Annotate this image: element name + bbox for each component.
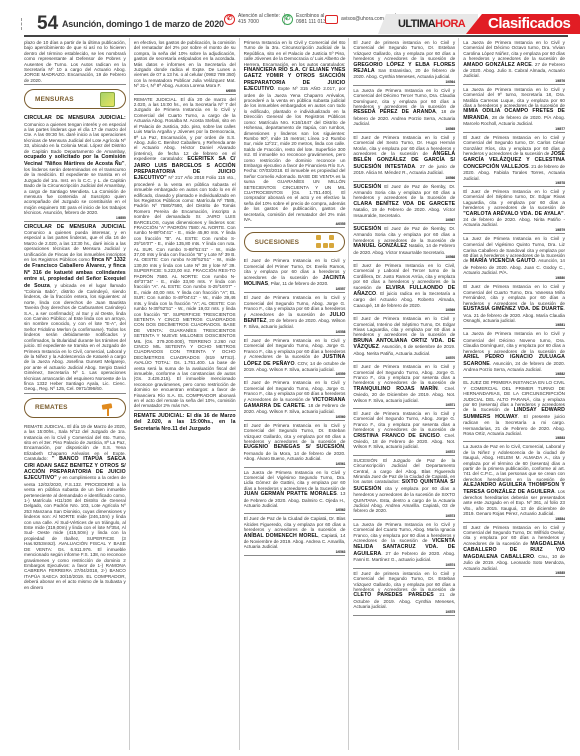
column-4: El Juez de primera instancia en lo Civil… <box>353 38 459 750</box>
notice: La Jueza de Paz en lo Civil, Comercial, … <box>463 442 565 522</box>
notice-highlight: ANÍBAL DOMENECH MOREL <box>244 533 319 539</box>
notice-code: 1/6585 <box>463 571 565 575</box>
header-rule <box>24 35 568 37</box>
section-label: REMATES <box>35 404 68 411</box>
section-title: Clasificados <box>488 15 570 32</box>
notice-code: 1/6573 <box>353 514 455 518</box>
mail-icon <box>325 15 338 24</box>
notice-text: Natalio, 19 de Febrero de 2020. Abog. Ví… <box>353 207 455 217</box>
edition-date: Asunción, domingo 1 de marzo de 2020 <box>62 19 224 29</box>
contact-value: 0981 111 013 <box>296 19 326 25</box>
brand-banner: ULTIMAHORA Clasificados <box>378 14 580 34</box>
notice-text: . Expte Nº 315 AÑO 2.017, por orden de l… <box>244 86 346 222</box>
notice-text: El Juez de primera instancia en lo Civil… <box>353 40 455 61</box>
section-header-mensuras: MENSURAS <box>24 89 126 109</box>
notice-code: 1/6570 <box>353 356 455 360</box>
notice: SUCESIÓN El Juez de Paz de Ñemby, Dr. Ar… <box>353 224 455 261</box>
notice: SUCESIÓN El Juez de Paz de Ñemby, Dr. Ar… <box>353 182 455 224</box>
notice: La Jueza de Primera Instancia en lo Civi… <box>353 86 455 133</box>
notice-code: 1/6580 <box>463 276 565 280</box>
notice-code: 1/6558 <box>244 330 346 334</box>
notice: El Juez de Primera Instancia en lo Civil… <box>244 256 346 293</box>
family-tree-icon <box>316 235 334 250</box>
page-header: 54 Asunción, domingo 1 de marzo de 2020 … <box>0 0 580 34</box>
column-1: plazo de 10 días a partir de la última p… <box>24 38 130 750</box>
notice-text: Nº 217 Año 2018 Folio 115 vto., proceder… <box>134 175 236 408</box>
notice: El Juez de Primera Instancia en lo Civil… <box>463 282 565 330</box>
notice-text: y en cumplimiento a la orden de venta 12… <box>24 475 126 589</box>
notice-code: 1/6561 <box>244 462 346 466</box>
fold-mark <box>21 18 22 30</box>
notice-code: 1/6568 <box>353 255 455 259</box>
notice-text: El Juez de Primera Instancia en lo Civil… <box>244 423 346 444</box>
logo-ultima: ULTIMA <box>398 18 435 30</box>
notice: El Juez de Primera Instancia en lo Civil… <box>244 336 346 378</box>
notice-highlight: ocupado y solicitado por la Comisión Vec… <box>24 154 126 166</box>
notice-highlight: EUGENIO BENEGAS S/ SUCESIÓN <box>244 444 345 450</box>
notice-text: La Jueza de Primera Instancia en lo Civi… <box>244 470 346 491</box>
page-number: 54 <box>37 13 58 35</box>
section-label: MENSURAS <box>35 96 74 103</box>
notice-text: La Jueza de Primera Instancia en lo Civi… <box>463 87 565 108</box>
notice-lead: SUCESIÓN <box>353 184 381 190</box>
notice: CIRCULAR DE MENSURA JUDICIAL: Comunico a… <box>24 113 126 221</box>
notice: Primera Instancia en lo Civil y Comercia… <box>244 38 346 228</box>
notice-code: 1/6582 <box>463 372 565 376</box>
notice-code: 1/6575 <box>353 610 455 614</box>
section-banner: Clasificados <box>466 14 580 34</box>
notice-code: 1/6562 <box>244 508 346 512</box>
notice-text: , los linderos serán determinados en el … <box>24 161 126 216</box>
notice-text: El Juez de Primera Instancia en lo Civil… <box>463 135 565 156</box>
notice-text: La Jueza de Primera Instancia en lo Civi… <box>463 40 565 61</box>
notice-code: 1/6579 <box>463 228 565 232</box>
notice: El Juez de Primera Instancia en lo Civil… <box>463 187 565 234</box>
notice: EL JUEZ DE PRIMERA INSTANCIA EN LO CIVIL… <box>463 378 565 442</box>
notice-text: El Juez de Primera Instancia en lo Civil… <box>463 284 565 306</box>
notice-code: 4/6555 <box>244 222 346 226</box>
notice-code: 1/6557 <box>244 287 346 291</box>
column-2: en efectivo, los gastos de publicación, … <box>134 38 240 750</box>
notice-text: El Juez de Primera Instancia en lo Civil… <box>353 411 455 432</box>
notice: La Juez de Primera Instancia en lo Civil… <box>463 234 565 282</box>
notice-text: La Jueza de Primera Instancia en lo Civi… <box>353 88 455 109</box>
notice: El Juez de Primera Instancia en lo Civil… <box>244 421 346 468</box>
column-5: La Jueza de Primera Instancia en lo Civi… <box>463 38 568 750</box>
notice: El Juez de Paz de la Ciudad de Capiatá, … <box>244 514 346 555</box>
notice: El Juez de Primera Instancia en lo Civil… <box>463 133 565 187</box>
notice-highlight: MANUEL GONZÁLEZ <box>353 243 407 249</box>
notice-code: 1/6572 <box>353 450 455 454</box>
notice: El Juez de Primera Instancia en lo Civil… <box>353 314 455 362</box>
notice-code: 1/6581 <box>463 323 565 327</box>
notice-text: El Juez de Primera Instancia en lo Civil… <box>353 364 455 385</box>
notice-highlight: RESEDÁ PÉREZ DE ARANDA <box>353 109 436 115</box>
notice: La Jueza de Primera Instancia en lo Civi… <box>353 520 455 569</box>
column-3: Primera Instancia en lo Civil y Comercia… <box>244 38 350 750</box>
whatsapp-icon: ✆ <box>282 14 293 25</box>
notice-text: , y ubicada en el lugar llamado "Colonia… <box>24 283 126 392</box>
notice: REMATE JUDICIAL. El día 20 de marzo del … <box>134 95 236 411</box>
notice-highlight: MARÍA VICENCIA GAUTO <box>470 258 536 264</box>
whatsapp-contact: ✆ Escribinos al0981 111 013 <box>282 13 326 25</box>
notice-code: 1/6566 <box>353 176 455 180</box>
notice-code: 1/6559 <box>244 372 346 376</box>
newspaper-logo: ULTIMAHORA <box>398 18 465 30</box>
notice-text: El Juez de Primera Instancia en lo Civil… <box>463 189 565 210</box>
notice: El Juez de Primera Instancia en lo Civil… <box>244 378 346 420</box>
notice: El Juez de primera instancia en lo Civil… <box>353 38 455 86</box>
notice: La Jueza de Primera Instancia en lo Civi… <box>463 329 565 378</box>
notice: El Juez de Primera Instancia en lo Civil… <box>353 362 455 409</box>
notice-highlight: ALEJANDRO AGUILERA THOMPSON Y TERESA GON… <box>463 482 565 494</box>
notice: El Juez de Primera Instancia en lo Civil… <box>353 261 455 314</box>
notice: La Jueza de Primera Instancia en lo Civi… <box>463 38 565 85</box>
notice-highlight: AMADO GONZÁLEZ ARCE <box>463 62 532 68</box>
notice-code: 1/6560 <box>244 415 346 419</box>
notice-lead: CIRCULAR DE MENSURA JUDICIAL <box>24 224 126 230</box>
notice-code: 1/6563 <box>244 550 346 554</box>
notice-text: La Jueza de Primera Instancia en lo Civi… <box>463 331 565 353</box>
notice: CIRCULAR DE MENSURA JUDICIAL Comunico a … <box>24 222 126 394</box>
notice-highlight: "CARLOTA ARÉVALO VDA. DE AYALA" <box>463 211 564 217</box>
customer-service-contact: ✆ Atención al cliente:415 7000 <box>224 13 285 25</box>
notice-text: plazo de 10 días a partir de la última p… <box>24 40 126 83</box>
gavel-icon <box>100 401 115 416</box>
notice-text: , Pilar, 11 de febrero de 2020. <box>268 281 328 286</box>
notice-code: 1/6571 <box>353 403 455 407</box>
map-icon <box>100 92 115 107</box>
notice-code: 1/6567 <box>353 218 455 222</box>
notice-code: 1/6578 <box>463 181 565 185</box>
notice: El Juez de Primera Instancia en lo Civil… <box>353 409 455 456</box>
notice-lead: CIRCULAR DE MENSURA JUDICIAL: <box>24 115 126 121</box>
notice-highlight: REMATE JUDICIAL: El día 16 de Marzo del … <box>134 413 236 432</box>
notice-lead: SUCESIÓN <box>353 226 381 232</box>
notice-text: El Juez de Primera Instancia en lo Civil… <box>353 316 455 337</box>
notice: REMATE JUDICIAL. El día 19 de Marzo de 2… <box>24 422 126 591</box>
notice-code: 1/6564 <box>353 80 455 84</box>
notice-text: Primera Instancia en lo Civil y Comercia… <box>244 40 346 67</box>
notice: El Juez de Primera Instancia en lo Civil… <box>463 523 565 577</box>
notice: La Jueza de Primera Instancia en lo Civi… <box>244 468 346 515</box>
notice-code: 1/6584 <box>463 517 565 521</box>
notice-highlight: TRANQUILINO ROJAS MARÍN <box>353 386 437 392</box>
notice-highlight: CLETO PAREDES PAREDES <box>353 592 433 598</box>
notice-highlight: EUSTASIA GIMÉNEZ VDA. DE DUARTE <box>463 306 564 312</box>
notice: en efectivo, los gastos de publicación, … <box>134 38 236 95</box>
notice-code: 1/6577 <box>463 127 565 131</box>
notice-code: 1/6574 <box>353 563 455 567</box>
notice-highlight: JUAN GERMAN PRATTE MORALES <box>244 491 337 497</box>
notice-text: Comunico a quienes tengan interés y en e… <box>24 122 126 154</box>
notice: SUCESIÓN El Juzgado de Paz de la Circuns… <box>353 456 455 520</box>
phone-icon: ✆ <box>224 14 235 25</box>
notice: plazo de 10 días a partir de la última p… <box>24 38 126 85</box>
section-header-sucesiones: SUCESIONES <box>244 232 346 252</box>
logo-hora: HORA <box>435 18 465 30</box>
notice-code: 1/6569 <box>353 308 455 312</box>
classifieds-columns: plazo de 10 días a partir de la última p… <box>24 38 568 750</box>
notice: El Juez de Primera Instancia en lo Civil… <box>353 133 455 182</box>
notice-highlight: CLARA BENÍTEZ VDA DE GARCETE <box>353 201 455 207</box>
contact-value: 415 7000 <box>238 19 259 25</box>
notice-code: 1/6565 <box>353 127 455 131</box>
notice: REMATE JUDICIAL: El día 16 de Marzo del … <box>134 411 236 433</box>
notice-code: 1/6555 <box>24 216 126 220</box>
notice-text: en efectivo, los gastos de publicación, … <box>134 40 236 88</box>
notice: La Jueza de Primera Instancia en lo Civi… <box>463 85 565 133</box>
notice-code: 1/6576 <box>463 79 565 83</box>
notice-text: REMATE JUDICIAL. El día 20 de marzo del … <box>134 97 236 161</box>
notice: El Juez de primera instancia en lo Civil… <box>353 569 455 616</box>
section-header-remates: REMATES <box>24 398 126 418</box>
notice-code: 6/6555 <box>134 89 236 93</box>
notice-highlight: CRISTINA FRANCO DE ENCISO <box>353 433 439 439</box>
section-label: SUCESIONES <box>255 239 300 246</box>
notice-text: El Juez de Paz de la Ciudad de Capiatá, … <box>244 516 346 532</box>
notice: El Juez de Primera Instancia en lo Civil… <box>244 293 346 335</box>
notice-text: El Juez de primera instancia en lo Civil… <box>353 571 455 592</box>
notice-text: La Jueza de Paz en lo Civil, Comercial, … <box>463 444 565 481</box>
notice-code: 1/6583 <box>463 436 565 440</box>
